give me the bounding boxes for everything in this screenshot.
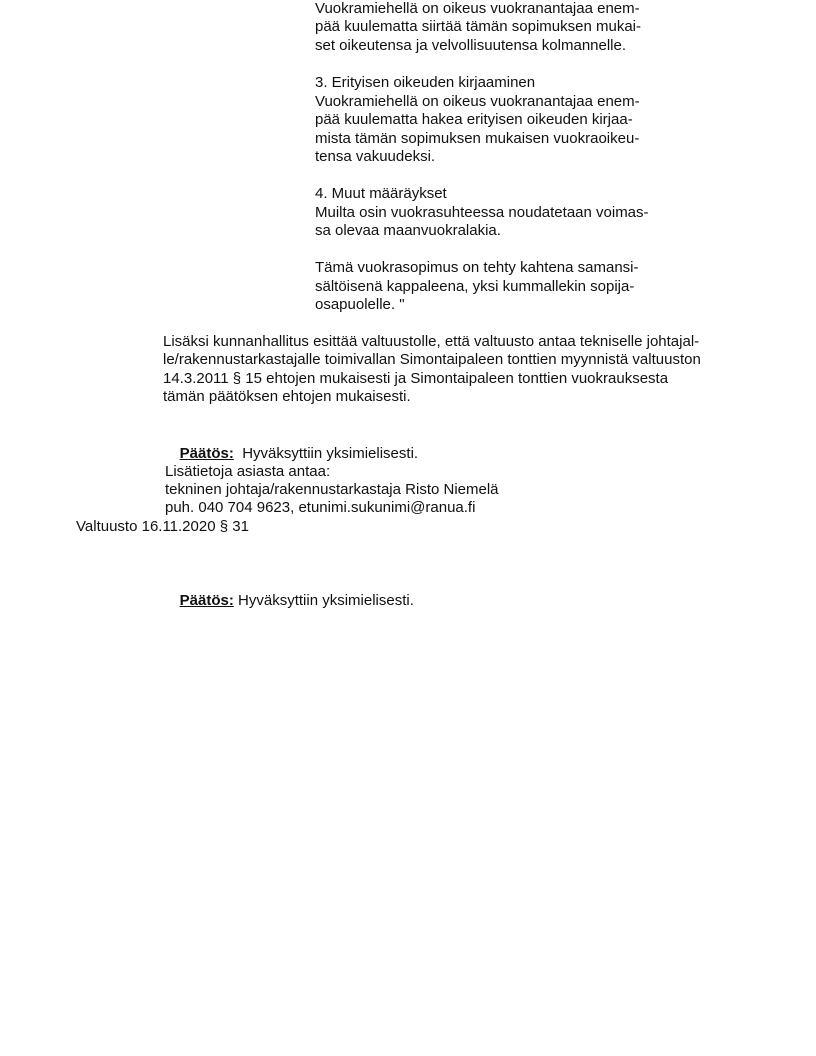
contract-text-line: Vuokramiehellä on oikeus vuokranantajaa …	[315, 0, 640, 18]
contact-details: puh. 040 704 9623, etunimi.sukunimi@ranu…	[165, 499, 475, 517]
section-3-heading: 3. Erityisen oikeuden kirjaaminen	[315, 74, 535, 92]
section-4-heading: 4. Muut määräykset	[315, 185, 447, 203]
contract-closing-line: osapuolelle. "	[315, 296, 405, 314]
contract-text-line: mista tämän sopimuksen mukaisen vuokraoi…	[315, 130, 639, 148]
proposal-line: le/rakennustarkastajalle toimivallan Sim…	[163, 351, 701, 369]
contract-text-line: pää kuulematta siirtää tämän sopimuksen …	[315, 18, 641, 36]
contact-person: tekninen johtaja/rakennustarkastaja Rist…	[165, 481, 499, 499]
decision-label: Päätös:	[180, 592, 234, 609]
contact-heading: Lisätietoja asiasta antaa:	[165, 463, 330, 481]
contract-closing-line: sältöisenä kappaleena, yksi kummallekin …	[315, 278, 634, 296]
proposal-line: tämän päätöksen ehtojen mukaisesti.	[163, 388, 411, 406]
council-reference: Valtuusto 16.11.2020 § 31	[76, 518, 249, 536]
contract-text-line: pää kuulematta hakea erityisen oikeuden …	[315, 111, 633, 129]
proposal-line: Lisäksi kunnanhallitus esittää valtuusto…	[163, 333, 699, 351]
contract-closing-line: Tämä vuokrasopimus on tehty kahtena sama…	[315, 259, 639, 277]
decision-2: Päätös: Hyväksyttiin yksimielisesti.	[163, 574, 414, 628]
proposal-line: 14.3.2011 § 15 ehtojen mukaisesti ja Sim…	[163, 370, 668, 388]
contract-text-line: sa olevaa maanvuokralakia.	[315, 222, 501, 240]
decision-text: Hyväksyttiin yksimielisesti.	[238, 592, 414, 609]
decision-text: Hyväksyttiin yksimielisesti.	[242, 445, 418, 462]
contract-text-line: tensa vakuudeksi.	[315, 148, 435, 166]
decision-label: Päätös:	[180, 445, 234, 462]
contract-text-line: set oikeutensa ja velvollisuutensa kolma…	[315, 37, 626, 55]
contract-text-line: Vuokramiehellä on oikeus vuokranantajaa …	[315, 93, 640, 111]
contract-text-line: Muilta osin vuokrasuhteessa noudatetaan …	[315, 204, 649, 222]
